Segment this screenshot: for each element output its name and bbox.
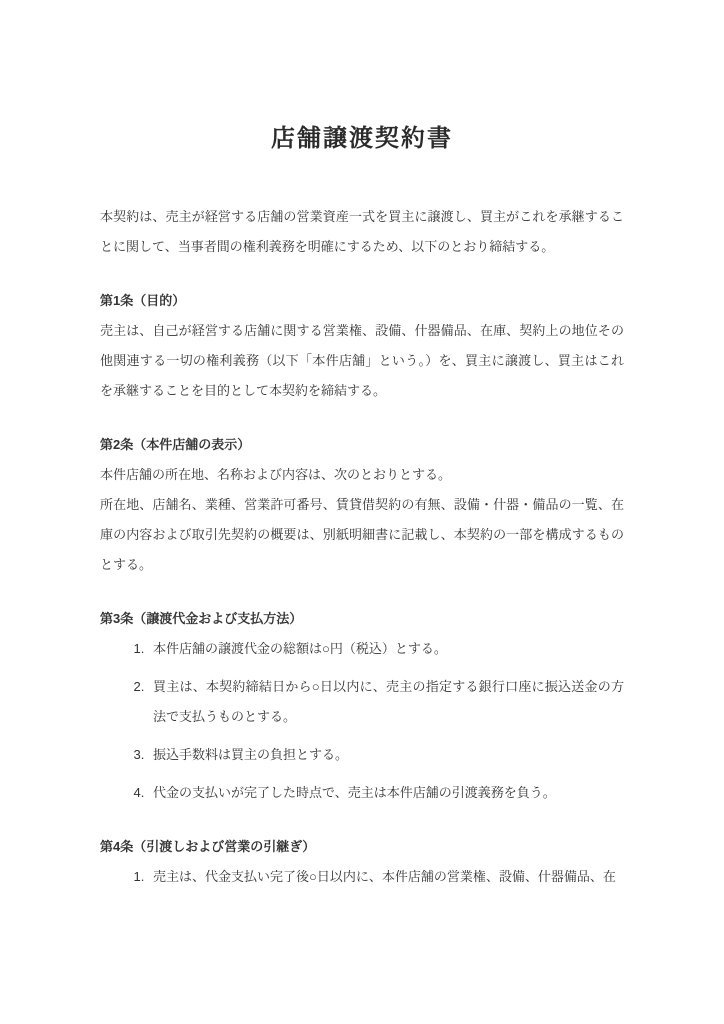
article-section-3: 第3条（譲渡代金および支払方法）本件店舗の譲渡代金の総額は○円（税込）とする。買… <box>100 604 624 808</box>
article-list-item: 売主は、代金支払い完了後○日以内に、本件店舗の営業権、設備、什器備品、在 <box>148 862 624 892</box>
article-list-item: 代金の支払いが完了した時点で、売主は本件店舗の引渡義務を負う。 <box>148 778 624 808</box>
article-heading: 第4条（引渡しおよび営業の引継ぎ） <box>100 832 624 862</box>
article-section-1: 第1条（目的）売主は、自己が経営する店舗に関する営業権、設備、什器備品、在庫、契… <box>100 286 624 406</box>
article-list-item: 振込手数料は買主の負担とする。 <box>148 740 624 770</box>
articles-container: 第1条（目的）売主は、自己が経営する店舗に関する営業権、設備、什器備品、在庫、契… <box>100 286 624 892</box>
article-paragraph: 売主は、自己が経営する店舗に関する営業権、設備、什器備品、在庫、契約上の地位その… <box>100 316 624 406</box>
article-paragraph: 本件店舗の所在地、名称および内容は、次のとおりとする。 <box>100 460 624 490</box>
article-heading: 第1条（目的） <box>100 286 624 316</box>
intro-paragraph: 本契約は、売主が経営する店舗の営業資産一式を買主に譲渡し、買主がこれを承継するこ… <box>100 202 624 262</box>
article-section-2: 第2条（本件店舗の表示）本件店舗の所在地、名称および内容は、次のとおりとする。所… <box>100 430 624 580</box>
article-item-list: 売主は、代金支払い完了後○日以内に、本件店舗の営業権、設備、什器備品、在 <box>100 862 624 892</box>
article-paragraph: 所在地、店舗名、業種、営業許可番号、賃貸借契約の有無、設備・什器・備品の一覧、在… <box>100 490 624 580</box>
article-item-list: 本件店舗の譲渡代金の総額は○円（税込）とする。買主は、本契約締結日から○日以内に… <box>100 634 624 808</box>
document-page: 店舗譲渡契約書 本契約は、売主が経営する店舗の営業資産一式を買主に譲渡し、買主が… <box>0 0 724 1024</box>
article-heading: 第3条（譲渡代金および支払方法） <box>100 604 624 634</box>
document-title: 店舗譲渡契約書 <box>100 122 624 156</box>
article-list-item: 本件店舗の譲渡代金の総額は○円（税込）とする。 <box>148 634 624 664</box>
article-list-item: 買主は、本契約締結日から○日以内に、売主の指定する銀行口座に振込送金の方法で支払… <box>148 672 624 732</box>
article-heading: 第2条（本件店舗の表示） <box>100 430 624 460</box>
article-section-4: 第4条（引渡しおよび営業の引継ぎ）売主は、代金支払い完了後○日以内に、本件店舗の… <box>100 832 624 892</box>
